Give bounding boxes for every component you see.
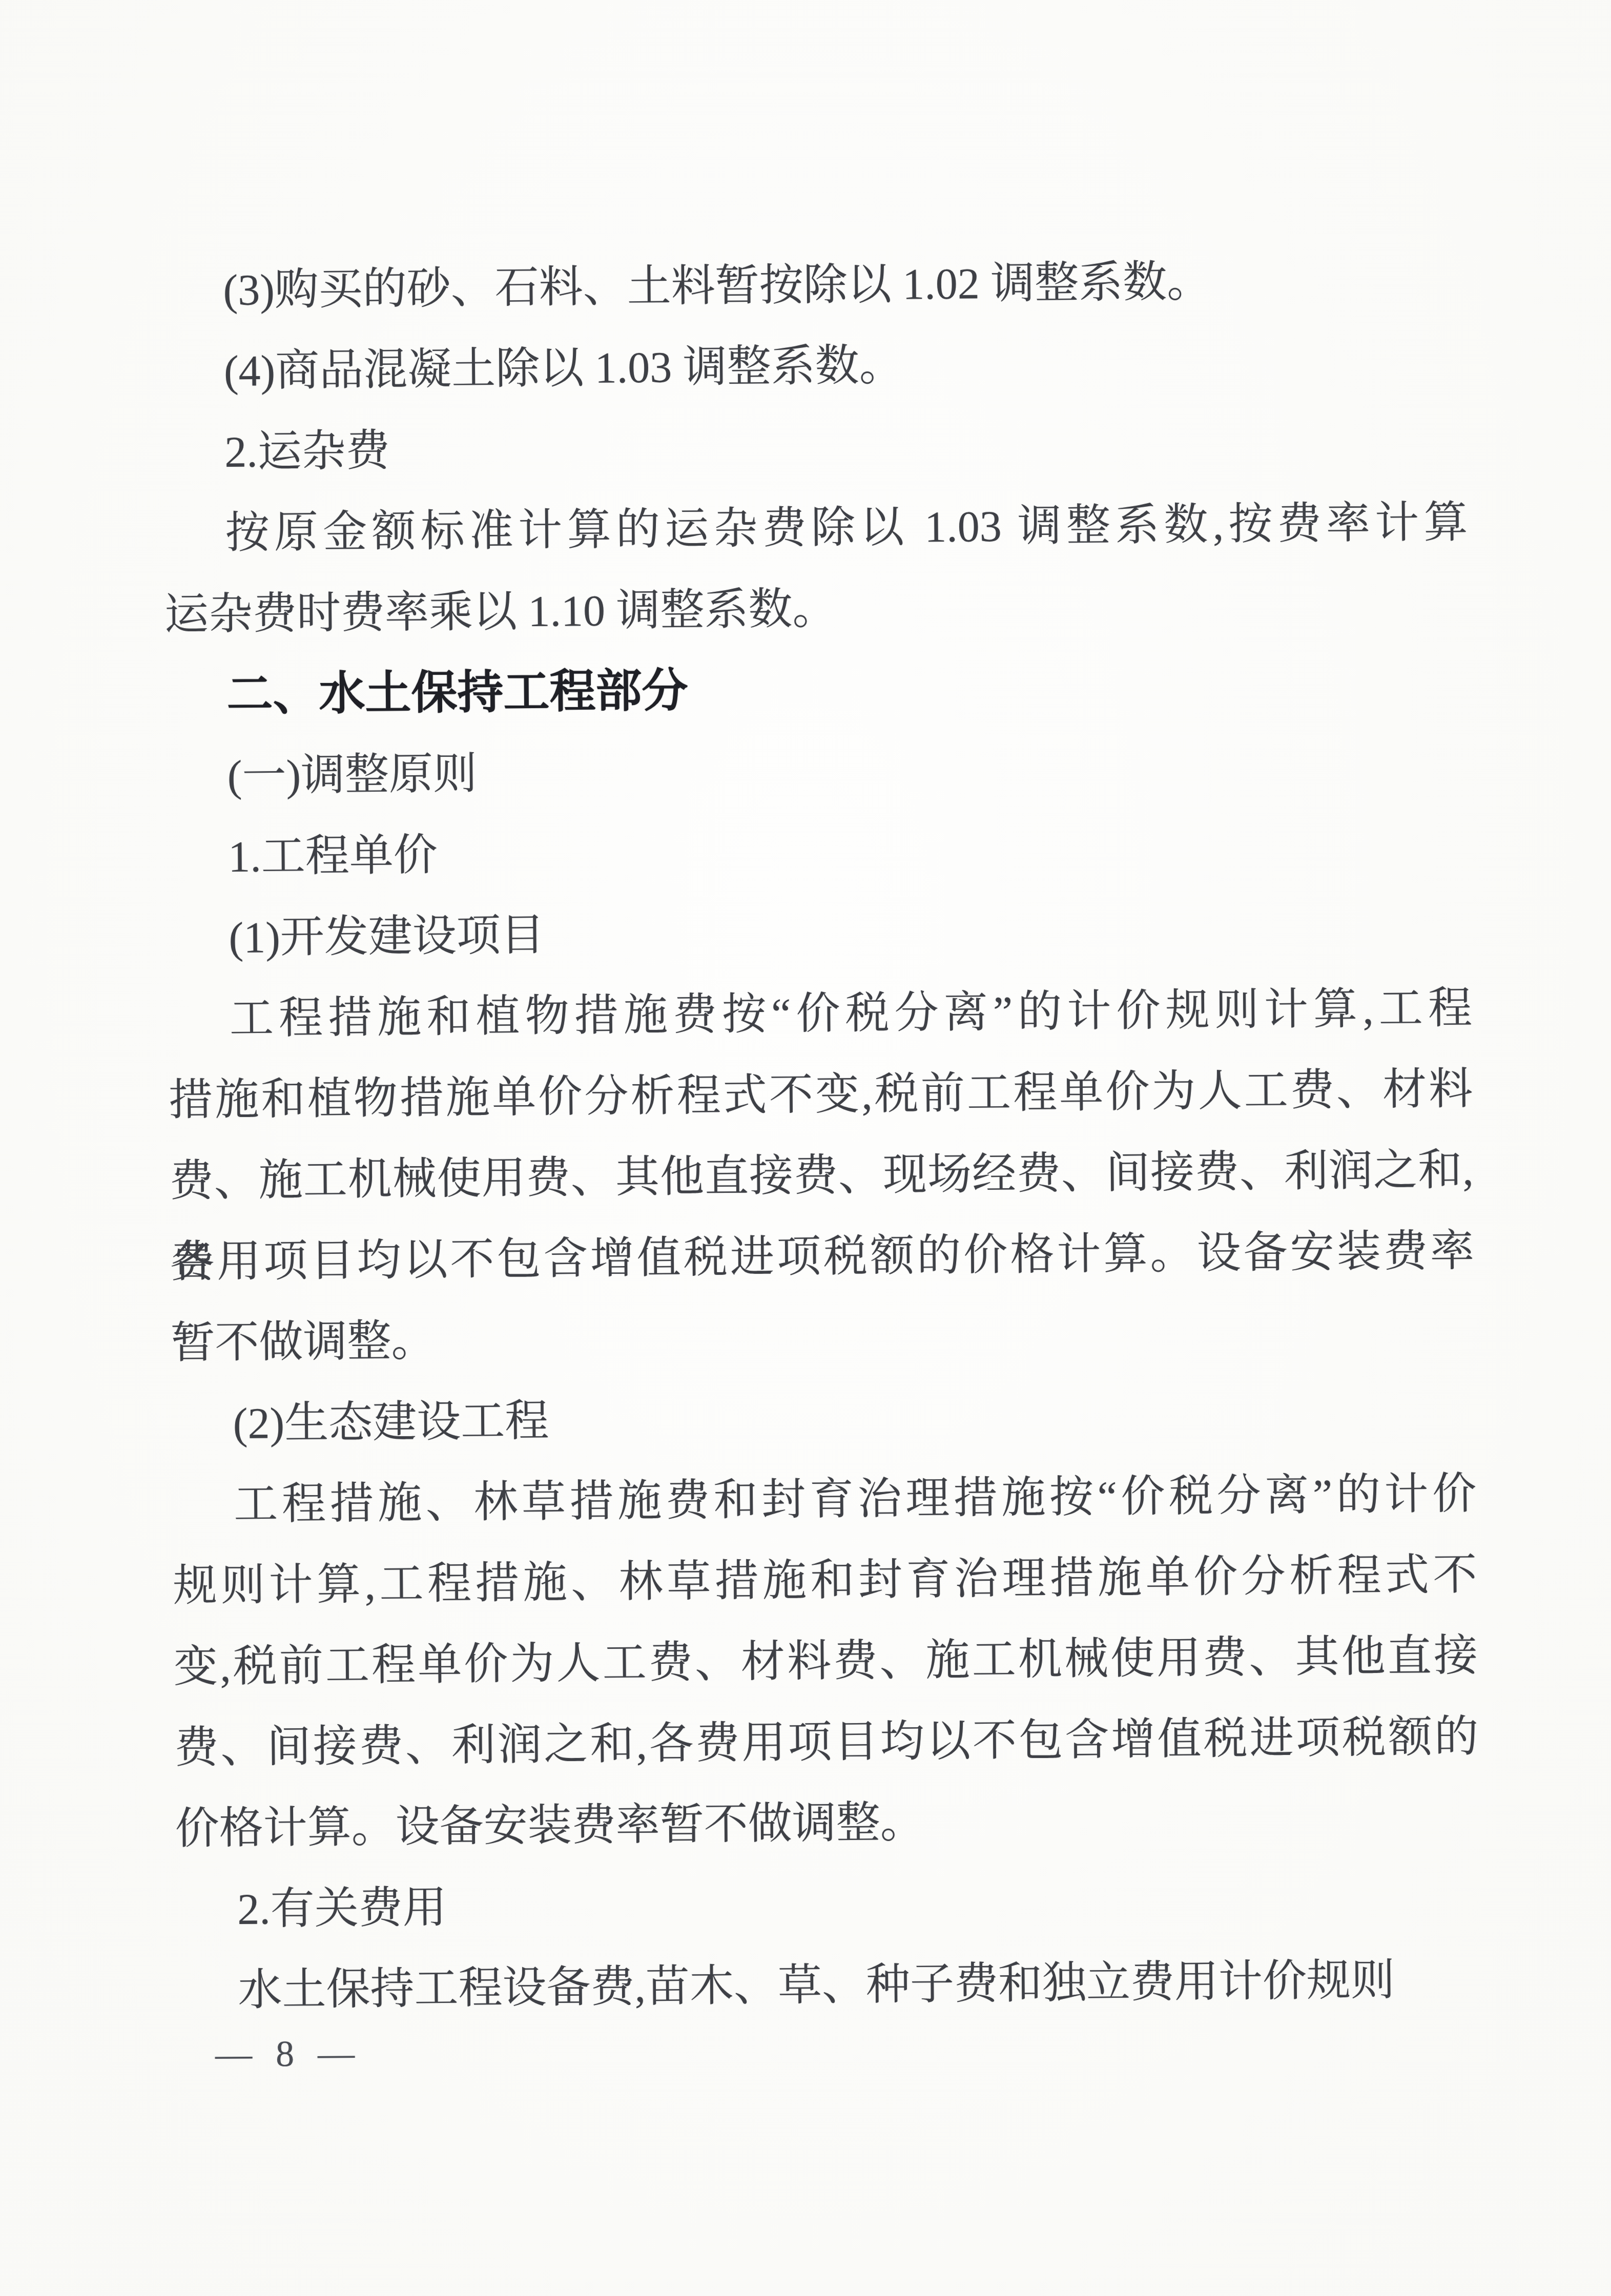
text-line-content: 价格计算。设备安装费率暂不做调整。 (175, 1797, 924, 1853)
text-line-content: 工程措施、林草措施费和封育治理措施按“价税分离”的计价 (234, 1469, 1477, 1529)
text-line-content: (一)调整原则 (227, 749, 477, 800)
text-line-content: 水土保持工程设备费,苗木、草、种子费和独立费用计价规则 (238, 1955, 1395, 2015)
text-line-content: 措施和植物措施单价分析程式不变,税前工程单价为人工费、材料 (169, 1064, 1473, 1125)
text-line: 暂不做调整。 (171, 1291, 1475, 1383)
text-line-content: 费用项目均以不包含增值税进项税额的价格计算。设备安装费率 (170, 1226, 1475, 1287)
text-line: 按原金额标准计算的运杂费除以 1.03 调整系数,按费率计算 (163, 482, 1468, 574)
document-text-block: (3)购买的砂、石料、土料暂按除以 1.02 调整系数。 (4)商品混凝土除以 … (161, 239, 1481, 2031)
text-line-content: 暂不做调整。 (171, 1316, 436, 1368)
text-line-content: 工程措施和植物措施费按“价税分离”的计价规则计算,工程 (230, 983, 1473, 1043)
text-line: 价格计算。设备安装费率暂不做调整。 (175, 1777, 1479, 1869)
text-line-content: 2.有关费用 (237, 1883, 447, 1934)
text-line-content: (3)购买的砂、石料、土料暂按除以 1.02 调整系数。 (223, 257, 1211, 315)
text-line-content: 运杂费时费率乘以 1.10 调整系数。 (164, 584, 837, 639)
page-number: — 8 — (215, 2028, 362, 2080)
text-line: 1.工程单价 (167, 805, 1471, 898)
text-line-content: 变,税前工程单价为人工费、材料费、施工机械使用费、其他直接 (174, 1631, 1478, 1691)
text-line: 变,税前工程单价为人工费、材料费、施工机械使用费、其他直接 (173, 1615, 1478, 1707)
text-line: 费用项目均以不包含增值税进项税额的价格计算。设备安装费率 (170, 1210, 1474, 1302)
text-line: 费、间接费、利润之和,各费用项目均以不包含增值税进项税额的 (174, 1696, 1479, 1788)
text-line-content: (1)开发建设项目 (229, 911, 545, 962)
text-line: (3)购买的砂、石料、土料暂按除以 1.02 调整系数。 (161, 239, 1466, 331)
text-line-content: 规则计算,工程措施、林草措施和封育治理措施单价分析程式不 (173, 1550, 1477, 1610)
text-line-content: 1.工程单价 (228, 831, 438, 882)
text-line-content: 2.运杂费 (224, 426, 390, 477)
text-line: 工程措施和植物措施费按“价税分离”的计价规则计算,工程 (168, 967, 1472, 1060)
text-line: 工程措施、林草措施费和封育治理措施按“价税分离”的计价 (172, 1453, 1477, 1545)
text-line: 水土保持工程设备费,苗木、草、种子费和独立费用计价规则 (176, 1939, 1481, 2031)
text-line-content: 按原金额标准计算的运杂费除以 1.03 调整系数,按费率计算 (225, 498, 1468, 557)
text-line: (4)商品混凝土除以 1.03 调整系数。 (162, 320, 1467, 412)
text-line: 运杂费时费率乘以 1.10 调整系数。 (164, 563, 1469, 655)
text-line-content: (2)生态建设工程 (233, 1396, 549, 1448)
text-line: (一)调整原则 (166, 725, 1470, 817)
text-line: 2.运杂费 (163, 401, 1468, 493)
text-line: 规则计算,工程措施、林草措施和封育治理措施单价分析程式不 (173, 1534, 1477, 1626)
text-line-content: 二、水土保持工程部分 (226, 665, 688, 720)
text-line: 费、施工机械使用费、其他直接费、现场经费、间接费、利润之和,各 (169, 1129, 1474, 1222)
text-line: 措施和植物措施单价分析程式不变,税前工程单价为人工费、材料 (169, 1048, 1473, 1141)
text-line: (2)生态建设工程 (171, 1372, 1476, 1464)
text-line-content: (4)商品混凝土除以 1.03 调整系数。 (224, 341, 904, 396)
text-line: (1)开发建设项目 (167, 886, 1472, 979)
text-line-content: 费、间接费、利润之和,各费用项目均以不包含增值税进项税额的 (174, 1712, 1479, 1772)
text-line: 二、水土保持工程部分 (165, 644, 1470, 736)
scanned-document-page: (3)购买的砂、石料、土料暂按除以 1.02 调整系数。 (4)商品混凝土除以 … (0, 0, 1611, 2296)
text-line: 2.有关费用 (175, 1858, 1480, 1950)
